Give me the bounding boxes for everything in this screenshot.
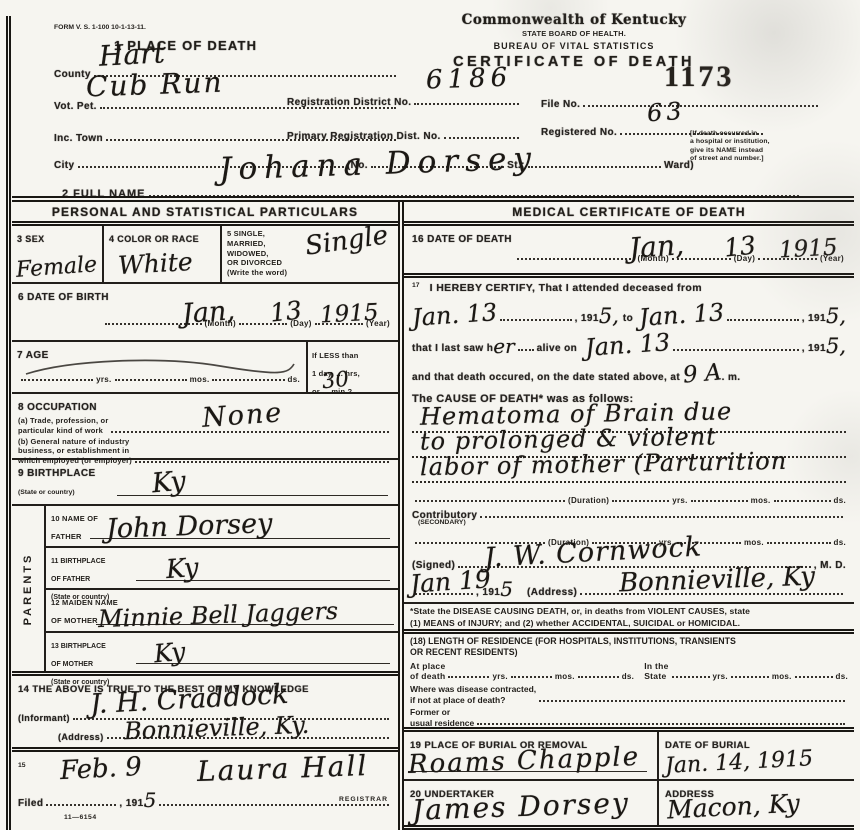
death-certificate-scan: FORM V. S. 1-100 10-1-13-11. 1 PLACE OF …: [0, 0, 860, 830]
occupation-row: 8 OCCUPATION (a) Trade, profession, or p…: [12, 394, 398, 460]
attended-to-label: to: [623, 313, 633, 324]
dod-row: 16 DATE OF DEATH (Month) (Day) (Year) Ja…: [404, 226, 854, 278]
sex-label: 3 SEX: [17, 234, 45, 244]
signed-date-line: , 191 5 (Address) Jan 19 Bonnieville, Ky: [404, 573, 854, 600]
ap-dots-2: [511, 676, 552, 678]
attended-to-year-hw: 5,: [826, 304, 846, 328]
race-cell: 4 COLOR OR RACE White: [104, 226, 222, 282]
personal-column: PERSONAL AND STATISTICAL PARTICULARS 3 S…: [12, 202, 404, 830]
undertaker-value: James Dorsey: [411, 786, 630, 827]
city-st-line: [528, 166, 661, 168]
duration-mos: mos.: [751, 496, 771, 505]
duration-label: (Duration): [568, 496, 609, 505]
attended-to-value: Jan. 13: [638, 298, 725, 332]
burial-date-value: Jan. 14, 1915: [664, 746, 813, 779]
signed-address-label: (Address): [527, 587, 577, 598]
dod-month-value: Jan,: [628, 228, 685, 265]
ap-mos: mos.: [555, 672, 575, 681]
signed-date-year-hw: 5: [500, 577, 513, 601]
informant-address-label: (Address): [58, 732, 104, 742]
age-row: 7 AGE yrs. mos. ds. If LESS than 1 day,: [12, 342, 398, 394]
dob-month-value: Jan,: [181, 295, 236, 330]
at-place-line: At place of death yrs. mos. ds.: [410, 661, 634, 681]
print-code: 11—6154: [64, 814, 97, 822]
sex-race-marital-row: 3 SEX Female 4 COLOR OR RACE White 5 SIN…: [12, 226, 398, 284]
birthplace-label: 9 BIRTHPLACE: [18, 468, 96, 479]
informant-block: 14 THE ABOVE IS TRUE TO THE BEST OF MY K…: [12, 676, 398, 752]
filed-dots-1: [46, 804, 116, 806]
certify-intro-line: 17 I HEREBY CERTIFY, That I attended dec…: [412, 282, 846, 294]
last-saw-mid: alive on: [537, 343, 577, 354]
parents-label: PARENTS: [22, 552, 34, 625]
parents-rows: 10 NAME OF FATHER John Dorsey 11 BIRTHPL…: [46, 506, 398, 671]
undertaker-row: 20 UNDERTAKER James Dorsey ADDRESS Macon…: [404, 781, 854, 830]
duration-dots-2: [691, 500, 748, 502]
attended-from-value: Jan. 13: [411, 298, 498, 332]
dob-year-value: 1915: [319, 299, 379, 328]
duration-dots-1: [612, 500, 669, 502]
attended-from-year-printed: , 191: [575, 313, 599, 324]
occupation-a-dots: [111, 431, 389, 433]
primary-reg-label: Primary Registration Dist. No.: [287, 131, 441, 142]
medical-column: MEDICAL CERTIFICATE OF DEATH 16 DATE OF …: [404, 202, 854, 830]
duration-dots-3: [774, 500, 831, 502]
occupation-label: 8 OCCUPATION: [18, 402, 97, 413]
father-name-value: John Dorsey: [106, 508, 273, 545]
reg-district-value: 6186: [426, 63, 513, 96]
mother-birthplace-value: Ky: [153, 637, 187, 669]
ap-dots-3: [578, 676, 619, 678]
sex-value: Female: [15, 252, 98, 283]
race-label: 4 COLOR OR RACE: [109, 234, 199, 244]
dod-dots-1: [517, 258, 635, 260]
md-label: , M. D.: [814, 560, 846, 571]
last-saw-date: Jan. 13: [584, 328, 671, 362]
is-dots-1: [672, 676, 710, 678]
last-saw-pronoun: er: [493, 334, 514, 358]
registrar-label: REGISTRAR: [339, 796, 388, 804]
signed-date-value: Jan 19: [409, 564, 492, 599]
informant-label: (Informant): [18, 713, 70, 723]
undertaker-cell: 20 UNDERTAKER James Dorsey: [404, 781, 659, 825]
registered-no-value: 63: [646, 97, 686, 128]
in-state-label: In the State: [644, 661, 668, 681]
race-value: White: [117, 247, 193, 280]
dob-label: 6 DATE OF BIRTH: [18, 292, 109, 303]
vot-pet-value: Cub Run: [85, 66, 224, 104]
personal-section-title: PERSONAL AND STATISTICAL PARTICULARS: [52, 205, 358, 219]
father-name-row: 10 NAME OF FATHER John Dorsey: [46, 506, 398, 548]
last-saw-line: that I last saw h er alive on Jan. 13 , …: [412, 328, 846, 354]
ap-ds: ds.: [622, 672, 634, 681]
residence-duration-row: At place of death yrs. mos. ds. In the S…: [410, 661, 848, 681]
occupation-a-value: None: [201, 397, 284, 434]
file-no-line: [583, 105, 818, 107]
violent-causes-footnote: *State the DISEASE CAUSING DEATH, or, in…: [404, 602, 854, 634]
contracted-dots: [539, 700, 845, 702]
cause-line-3-value: labor of mother (Parturition: [420, 447, 788, 481]
age-mos-label: mos.: [190, 375, 210, 384]
ap-dots-1: [448, 676, 489, 678]
is-dots-3: [795, 676, 833, 678]
ap-yrs: yrs.: [492, 672, 507, 681]
at-place-label: At place of death: [410, 661, 445, 681]
death-occurred-line: and that death occured, on the date stat…: [412, 359, 846, 383]
attended-dots-2: [727, 319, 798, 321]
birthplace-row: 9 BIRTHPLACE (State or country) Ky: [12, 460, 398, 506]
medical-section-title: MEDICAL CERTIFICATE OF DEATH: [512, 205, 746, 219]
former-dots: [477, 723, 845, 725]
age-dots-1: [21, 379, 93, 381]
secondary-label: (SECONDARY): [418, 519, 466, 527]
marital-value: Single: [303, 220, 390, 261]
burial-place-cell: 19 PLACE OF BURIAL OR REMOVAL Roams Chap…: [404, 732, 659, 779]
dob-day-value: 13: [269, 295, 304, 327]
attended-from-year-hw: 5,: [599, 304, 619, 328]
filed-year-hw: 5: [144, 788, 157, 812]
inc-town-label: Inc. Town: [54, 133, 103, 144]
file-no-label: File No.: [541, 99, 580, 110]
cause-lines: Hematoma of Brain due to prolonged & vio…: [404, 408, 854, 483]
last-saw-year-printed: , 191: [802, 343, 826, 354]
duration-line: (Duration) yrs. mos. ds.: [404, 483, 854, 505]
age-ds-label: ds.: [288, 375, 300, 384]
father-birthplace-row: 11 BIRTHPLACE OF FATHER (State or countr…: [46, 548, 398, 590]
age-less-box: If LESS than 1 day, ... hrs, or ... min.…: [306, 342, 398, 392]
certificate-body: PERSONAL AND STATISTICAL PARTICULARS 3 S…: [12, 196, 854, 830]
age-minutes-value: 30: [321, 367, 350, 394]
dod-label: 16 DATE OF DEATH: [412, 234, 512, 245]
undertaker-address-cell: ADDRESS Macon, Ky: [659, 781, 854, 825]
mother-name-row: 12 MAIDEN NAME OF MOTHER Minnie Bell Jag…: [46, 590, 398, 633]
birthplace-sub-label: (State or country): [18, 489, 75, 496]
mother-name-value: Minnie Bell Jaggers: [98, 597, 339, 633]
in-state-line: In the State yrs. mos. ds.: [644, 661, 848, 681]
bureau-line: BUREAU OF VITAL STATISTICS: [429, 41, 719, 51]
personal-section-title-row: PERSONAL AND STATISTICAL PARTICULARS: [12, 202, 398, 226]
filed-dots-2: [159, 804, 389, 806]
marital-cell: 5 SINGLE, MARRIED, WIDOWED, OR DIVORCED …: [222, 226, 398, 282]
duration-dots-0: [415, 500, 565, 502]
last-saw-dots-1: [518, 349, 534, 351]
registered-no-label: Registered No.: [541, 127, 617, 138]
file-no-stamp: 1173: [664, 60, 734, 94]
death-time-value: 9 A: [682, 359, 723, 388]
parents-block: PARENTS 10 NAME OF FATHER John Dorsey 11…: [12, 506, 398, 676]
death-line-text: and that death occured, on the date stat…: [412, 372, 680, 383]
reg-district-line: [414, 103, 519, 105]
father-name-label: 10 NAME OF FATHER: [51, 514, 98, 541]
former-label: Former or usual residence: [410, 707, 474, 728]
form-code: FORM V. S. 1-100 10-1-13-11.: [54, 24, 146, 32]
attended-to-year-printed: , 191: [802, 313, 826, 324]
duration2-ds: ds.: [834, 538, 846, 547]
dod-year-value: 1915: [778, 234, 838, 263]
father-birthplace-value: Ky: [165, 553, 199, 585]
is-yrs: yrs.: [713, 672, 728, 681]
primary-reg-line: [444, 137, 519, 139]
contributory-dots: [480, 516, 843, 518]
contracted-line: Where was disease contracted, if not at …: [410, 684, 848, 705]
certify-no: 17: [412, 282, 420, 290]
attended-line: Jan. 13 , 191 5, to Jan. 13 , 191 5,: [412, 298, 846, 324]
age-yrs-label: yrs.: [96, 375, 111, 384]
dob-row: 6 DATE OF BIRTH (Month) (Day) (Year) Jan…: [12, 284, 398, 342]
filed-line: Filed , 191 5: [18, 788, 392, 809]
former-residence-line: Former or usual residence: [410, 707, 848, 728]
medical-section-title-row: MEDICAL CERTIFICATE OF DEATH: [404, 202, 854, 226]
filed-label: Filed: [18, 798, 43, 809]
duration-yrs: yrs.: [672, 496, 687, 505]
certify-intro: I HEREBY CERTIFY, That I attended deceas…: [430, 282, 702, 294]
primary-reg-row: Primary Registration Dist. No.: [287, 120, 522, 142]
sex-cell: 3 SEX Female: [12, 226, 104, 282]
age-units-line: yrs. mos. ds.: [18, 375, 300, 384]
last-saw-prefix: that I last saw h: [412, 343, 493, 354]
residence-label: (18) LENGTH OF RESIDENCE (FOR HOSPITALS,…: [410, 636, 848, 658]
duration2-dots-3: [767, 542, 831, 544]
state-board-line: STATE BOARD OF HEALTH.: [429, 29, 719, 39]
certify-block: 17 I HEREBY CERTIFY, That I attended dec…: [404, 278, 854, 408]
filed-block: 15 Filed , 191 5 Feb. 9 Laura Hall REGIS…: [12, 752, 398, 810]
death-time-suffix: . m.: [722, 372, 741, 383]
burial-date-cell: DATE OF BURIAL Jan. 14, 1915: [659, 732, 854, 779]
last-saw-dots-2: [673, 349, 798, 351]
reg-district-label: Registration District No.: [287, 97, 411, 108]
occupation-a-label: (a) Trade, profession, or particular kin…: [18, 416, 108, 436]
is-dots-2: [731, 676, 769, 678]
is-ds: ds.: [836, 672, 848, 681]
birthplace-value: Ky: [151, 466, 187, 500]
undertaker-address-value: Macon, Ky: [666, 789, 800, 825]
duration2-mos: mos.: [744, 538, 764, 547]
parents-strip: PARENTS: [12, 506, 46, 671]
cause-line-3: labor of mother (Parturition: [412, 458, 846, 483]
registrar-signature: Laura Hall: [196, 749, 368, 788]
contributory-line: Contributory (SECONDARY): [404, 505, 854, 527]
mother-birthplace-row: 13 BIRTHPLACE OF MOTHER (State or countr…: [46, 633, 398, 671]
hospital-note: [If death occurred in a hospital or inst…: [690, 130, 840, 164]
city-label: City: [54, 160, 75, 171]
age-dots-2: [115, 379, 187, 381]
filed-date-value: Feb. 9: [59, 752, 142, 786]
filed-year-printed: , 191: [119, 798, 143, 809]
dod-day-value: 13: [723, 230, 758, 262]
duration-ds: ds.: [834, 496, 846, 505]
filed-no: 15: [18, 762, 26, 769]
age-dots-3: [212, 379, 284, 381]
contracted-label: Where was disease contracted, if not at …: [410, 684, 536, 705]
certificate-header: FORM V. S. 1-100 10-1-13-11. 1 PLACE OF …: [14, 0, 860, 196]
commonwealth-title: Commonwealth of Kentucky: [429, 12, 719, 28]
last-saw-year-hw: 5,: [826, 334, 846, 358]
marital-label: 5 SINGLE, MARRIED, WIDOWED, OR DIVORCED …: [227, 229, 301, 278]
attended-dots-1: [500, 319, 571, 321]
age-main: 7 AGE yrs. mos. ds.: [12, 342, 306, 392]
burial-row: 19 PLACE OF BURIAL OR REMOVAL Roams Chap…: [404, 732, 854, 781]
is-mos: mos.: [772, 672, 792, 681]
residence-block: (18) LENGTH OF RESIDENCE (FOR HOSPITALS,…: [404, 634, 854, 732]
